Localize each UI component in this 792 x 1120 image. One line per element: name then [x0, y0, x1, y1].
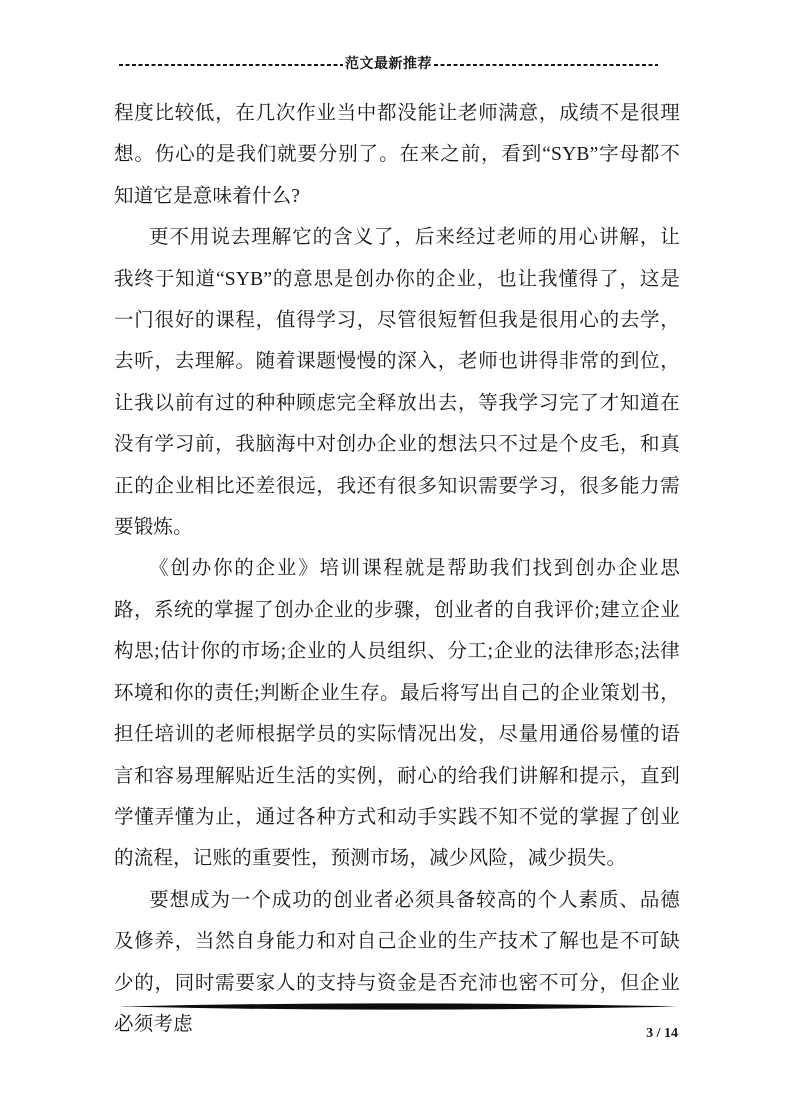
page-number: 3 / 14	[646, 1025, 678, 1043]
header-title: 范文最新推荐	[343, 55, 434, 75]
paragraph-4: 要想成为一个成功的创业者必须具备较高的个人素质、品德及修养，当然自身能力和对自己…	[114, 880, 680, 1046]
paragraph-3: 《创办你的企业》培训课程就是帮助我们找到创办企业思路，系统的掌握了创办企业的步骤…	[114, 548, 680, 879]
header-rule-right	[434, 64, 658, 67]
document-page: 范文最新推荐 程度比较低，在几次作业当中都没能让老师满意，成绩不是很理想。伤心的…	[0, 0, 792, 1120]
document-body: 程度比较低，在几次作业当中都没能让老师满意，成绩不是很理想。伤心的是我们就要分别…	[114, 93, 680, 1045]
header-rule-left	[119, 64, 343, 67]
paragraph-2: 更不用说去理解它的含义了，后来经过老师的用心讲解，让我终于知道“SYB”的意思是…	[114, 217, 680, 548]
footer-rule	[119, 1002, 678, 1011]
paragraph-1: 程度比较低，在几次作业当中都没能让老师满意，成绩不是很理想。伤心的是我们就要分别…	[114, 93, 680, 217]
page-header: 范文最新推荐	[119, 55, 658, 75]
